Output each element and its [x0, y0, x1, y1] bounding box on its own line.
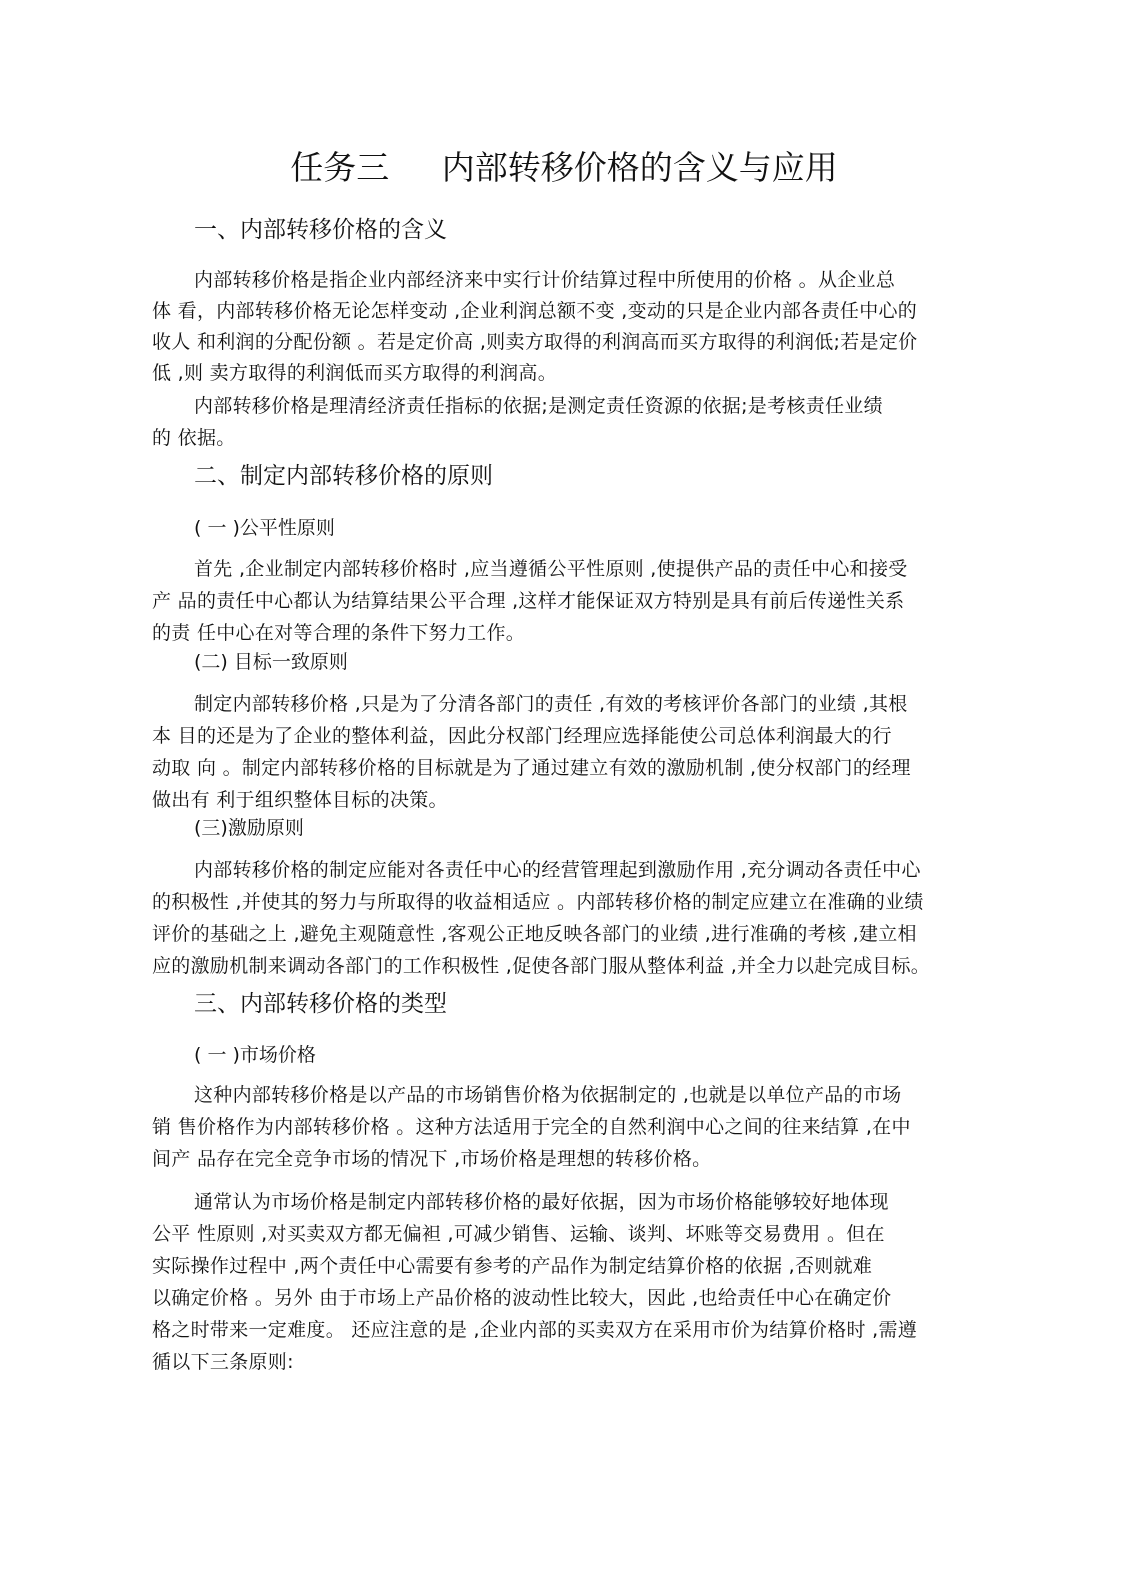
paragraph-line: 首先 ,企业制定内部转移价格时 ,应当遵循公平性原则 ,使提供产品的责任中心和接… [194, 555, 908, 583]
paragraph-line: 的 依据。 [152, 424, 236, 452]
paragraph-line: 通常认为市场价格是制定内部转移价格的最好依据，因为市场价格能够较好地体现 [194, 1188, 889, 1216]
section-heading-2: 二、制定内部转移价格的原则 [194, 460, 493, 492]
paragraph-line: 做出有 利于组织整体目标的决策。 [152, 786, 448, 814]
section-heading-1: 一、内部转移价格的含义 [194, 214, 447, 246]
subsection-heading: (三)激励原则 [194, 814, 304, 842]
paragraph-line: 循以下三条原则: [152, 1348, 294, 1376]
paragraph-line: 体 看，内部转移价格无论怎样变动 ,企业利润总额不变 ,变动的只是企业内部各责任… [152, 297, 917, 325]
paragraph-line: 内部转移价格是指企业内部经济来中实行计价结算过程中所使用的价格 。从企业总 [194, 266, 895, 294]
paragraph-line: 的责 任中心在对等合理的条件下努力工作。 [152, 619, 525, 647]
section-heading-3: 三、内部转移价格的类型 [194, 988, 447, 1020]
paragraph-line: 收人 和利润的分配份额 。若是定价高 ,则卖方取得的利润高而买方取得的利润低;若… [152, 328, 917, 356]
paragraph-line: 的积极性 ,并使其的努力与所取得的收益相适应 。内部转移价格的制定应建立在准确的… [152, 888, 924, 916]
paragraph-line: 应的激励机制来调动各部门的工作积极性 ,促使各部门服从整体利益 ,并全力以赴完成… [152, 952, 930, 980]
paragraph-line: 公平 性原则 ,对买卖双方都无偏袒 ,可减少销售、运输、谈判、坏账等交易费用 。… [152, 1220, 885, 1248]
paragraph-line: 格之时带来一定难度。 还应注意的是 ,企业内部的买卖双方在采用市价为结算价格时 … [152, 1316, 917, 1344]
document-title: 任务三 内部转移价格的含义与应用 [0, 146, 1128, 190]
paragraph-line: 制定内部转移价格 ,只是为了分清各部门的责任 ,有效的考核评价各部门的业绩 ,其… [194, 690, 908, 718]
paragraph-line: 间产 品存在完全竞争市场的情况下 ,市场价格是理想的转移价格。 [152, 1145, 711, 1173]
paragraph-line: 这种内部转移价格是以产品的市场销售价格为依据制定的 ,也就是以单位产品的市场 [194, 1081, 901, 1109]
paragraph-line: 实际操作过程中 ,两个责任中心需要有参考的产品作为制定结算价格的依据 ,否则就难 [152, 1252, 872, 1280]
subsection-heading: ( 一 )公平性原则 [194, 514, 335, 542]
subsection-heading: ( 一 )市场价格 [194, 1041, 316, 1069]
paragraph-line: 内部转移价格是理清经济责任指标的依据;是测定责任资源的依据;是考核责任业绩 [194, 392, 883, 420]
paragraph-line: 低 ,则 卖方取得的利润低而买方取得的利润高。 [152, 359, 557, 387]
paragraph-line: 评价的基础之上 ,避免主观随意性 ,客观公正地反映各部门的业绩 ,进行准确的考核… [152, 920, 917, 948]
paragraph-line: 内部转移价格的制定应能对各责任中心的经营管理起到激励作用 ,充分调动各责任中心 [194, 856, 921, 884]
paragraph-line: 销 售价格作为内部转移价格 。这种方法适用于完全的自然利润中心之间的往来结算 ,… [152, 1113, 911, 1141]
paragraph-line: 动取 向 。制定内部转移价格的目标就是为了通过建立有效的激励机制 ,使分权部门的… [152, 754, 911, 782]
paragraph-line: 以确定价格 。另外 由于市场上产品价格的波动性比较大，因此 ,也给责任中心在确定… [152, 1284, 891, 1312]
paragraph-line: 本 目的还是为了企业的整体利益，因此分权部门经理应选择能使公司总体利润最大的行 [152, 722, 892, 750]
document-page: 任务三 内部转移价格的含义与应用 一、内部转移价格的含义 内部转移价格是指企业内… [0, 0, 1128, 1570]
paragraph-line: 产 品的责任中心都认为结算结果公平合理 ,这样才能保证双方特别是具有前后传递性关… [152, 587, 904, 615]
subsection-heading: (二) 目标一致原则 [194, 648, 348, 676]
